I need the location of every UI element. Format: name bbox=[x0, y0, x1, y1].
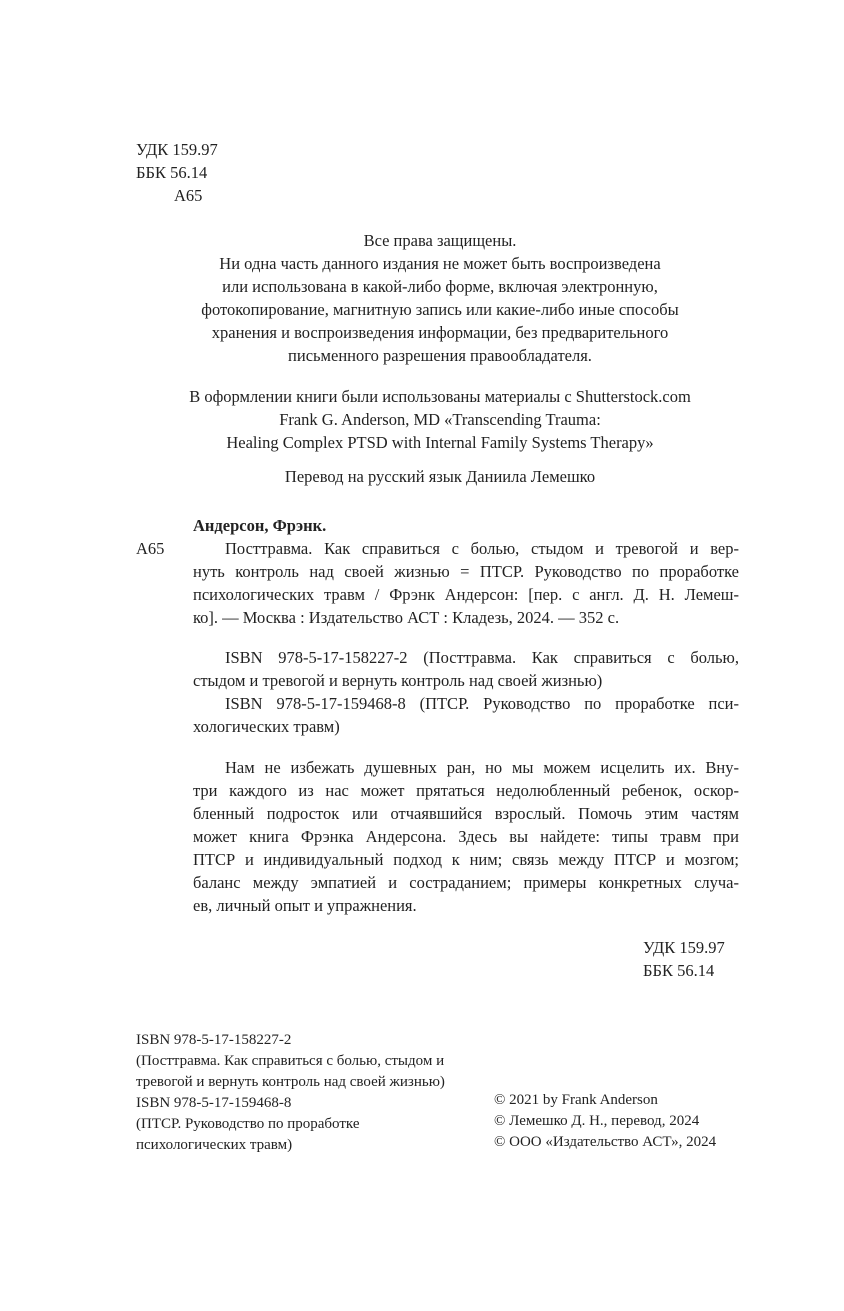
annotation-line: ПТСР и индивидуальный подход к ним; связ… bbox=[193, 848, 739, 871]
copyright-line: © ООО «Издательство АСТ», 2024 bbox=[494, 1132, 716, 1153]
credits-line: В оформлении книги были использованы мат… bbox=[120, 385, 760, 408]
rights-line: хранения и воспроизведения информации, б… bbox=[120, 321, 760, 344]
annotation-line: бленный подросток или отчаявшийся взросл… bbox=[193, 802, 739, 825]
author-mark: А65 bbox=[136, 184, 218, 207]
bib-author: Андерсон, Фрэнк. bbox=[193, 514, 326, 537]
isbn-bottom: ISBN 978-5-17-158227-2 (Посттравма. Как … bbox=[136, 1030, 445, 1156]
isbn-line: хологических травм) bbox=[193, 715, 739, 738]
credits: В оформлении книги были использованы мат… bbox=[120, 385, 760, 454]
bbk-code: ББК 56.14 bbox=[643, 959, 725, 982]
annotation-line: может книга Фрэнка Андерсона. Здесь вы н… bbox=[193, 825, 739, 848]
classification-bottom: УДК 159.97 ББК 56.14 bbox=[643, 936, 725, 982]
copyright-line: © Лемешко Д. Н., перевод, 2024 bbox=[494, 1111, 716, 1132]
annotation-line: ев, личный опыт и упражнения. bbox=[193, 894, 739, 917]
isbn-bottom-line: психологических травм) bbox=[136, 1135, 445, 1156]
bbk-code: ББК 56.14 bbox=[136, 161, 218, 184]
bib-line: Посттравма. Как справиться с болью, стыд… bbox=[193, 537, 739, 560]
bib-isbn: ISBN 978-5-17-158227-2 (Посттравма. Как … bbox=[193, 646, 739, 738]
isbn-bottom-line: ISBN 978-5-17-159468-8 bbox=[136, 1093, 445, 1114]
translation-credit: Перевод на русский язык Даниила Лемешко bbox=[120, 465, 760, 488]
isbn-bottom-line: тревогой и вернуть контроль над своей жи… bbox=[136, 1072, 445, 1093]
bib-line: нуть контроль над своей жизнью = ПТСР. Р… bbox=[193, 560, 739, 583]
bib-line: ко]. — Москва : Издательство АСТ : Кладе… bbox=[193, 606, 739, 629]
classification-top: УДК 159.97 ББК 56.14 А65 bbox=[136, 138, 218, 207]
bib-line: психологических травм / Фрэнк Андерсон: … bbox=[193, 583, 739, 606]
rights-line: или использована в какой-либо форме, вкл… bbox=[120, 275, 760, 298]
copyright-line: © 2021 by Frank Anderson bbox=[494, 1090, 716, 1111]
rights-line: Ни одна часть данного издания не может б… bbox=[120, 252, 760, 275]
udk-code: УДК 159.97 bbox=[136, 138, 218, 161]
rights-line: фотокопирование, магнитную запись или ка… bbox=[120, 298, 760, 321]
isbn-bottom-line: (Посттравма. Как справиться с болью, сты… bbox=[136, 1051, 445, 1072]
bib-code: А65 bbox=[136, 537, 164, 560]
copyrights: © 2021 by Frank Anderson © Лемешко Д. Н.… bbox=[494, 1090, 716, 1153]
rights-notice: Все права защищены. Ни одна часть данног… bbox=[120, 229, 760, 367]
isbn-line: ISBN 978-5-17-159468-8 (ПТСР. Руководств… bbox=[193, 692, 739, 715]
rights-line: письменного разрешения правообладателя. bbox=[120, 344, 760, 367]
rights-line: Все права защищены. bbox=[120, 229, 760, 252]
credits-line: Frank G. Anderson, MD «Transcending Trau… bbox=[120, 408, 760, 431]
bib-description: Посттравма. Как справиться с болью, стыд… bbox=[193, 537, 739, 629]
isbn-bottom-line: (ПТСР. Руководство по проработке bbox=[136, 1114, 445, 1135]
annotation-line: Нам не избежать душевных ран, но мы може… bbox=[193, 756, 739, 779]
isbn-bottom-line: ISBN 978-5-17-158227-2 bbox=[136, 1030, 445, 1051]
udk-code: УДК 159.97 bbox=[643, 936, 725, 959]
isbn-line: ISBN 978-5-17-158227-2 (Посттравма. Как … bbox=[193, 646, 739, 669]
isbn-line: стыдом и тревогой и вернуть контроль над… bbox=[193, 669, 739, 692]
credits-line: Healing Complex PTSD with Internal Famil… bbox=[120, 431, 760, 454]
annotation-line: три каждого из нас может прятаться недол… bbox=[193, 779, 739, 802]
annotation: Нам не избежать душевных ран, но мы може… bbox=[193, 756, 739, 917]
annotation-line: баланс между эмпатией и состраданием; пр… bbox=[193, 871, 739, 894]
